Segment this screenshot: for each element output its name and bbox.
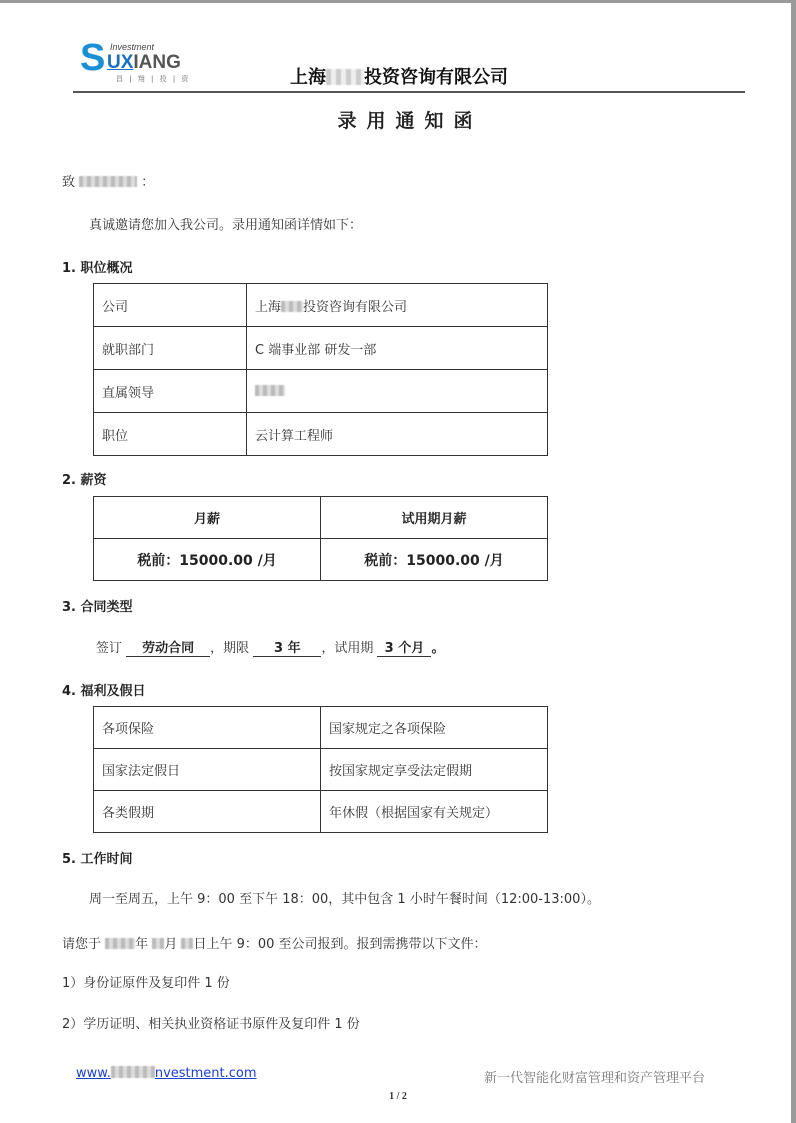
section-heading-position: 1. 职位概况 xyxy=(62,257,133,276)
table-row: 公司 上海投资咨询有限公司 xyxy=(94,284,548,327)
table-value: 按国家规定享受法定假期 xyxy=(321,749,548,791)
section-heading-contract: 3. 合同类型 xyxy=(62,596,133,615)
contract-type-field: 劳动合同 xyxy=(126,641,210,657)
position-table: 公司 上海投资咨询有限公司 就职部门 C 端事业部 研发一部 直属领导 职位 云… xyxy=(93,283,548,456)
salutation: 致 ： xyxy=(62,171,154,190)
redacted-recipient-name xyxy=(79,176,137,187)
redacted-text xyxy=(281,301,303,312)
required-doc-item: 2）学历证明、相关执业资格证书原件及复印件 1 份 xyxy=(62,1013,360,1032)
table-label: 公司 xyxy=(94,284,247,327)
table-row: 税前：15000.00 /月 税前：15000.00 /月 xyxy=(94,539,548,581)
working-hours-text: 周一至周五，上午 9：00 至下午 18：00，其中包含 1 小时午餐时间（12… xyxy=(89,888,600,907)
redacted-month xyxy=(152,938,164,949)
benefits-table: 各项保险 国家规定之各项保险 国家法定假日 按国家规定享受法定假期 各类假期 年… xyxy=(93,706,548,833)
section-heading-hours: 5. 工作时间 xyxy=(62,848,133,867)
table-row: 职位 云计算工程师 xyxy=(94,413,548,456)
viewer-scrollbar-edge[interactable] xyxy=(791,0,796,1123)
table-label: 直属领导 xyxy=(94,370,247,413)
viewer-top-edge xyxy=(0,0,796,3)
probation-salary-value: 税前：15000.00 /月 xyxy=(321,539,548,581)
redacted-supervisor-name xyxy=(255,385,285,396)
company-logo: S Investment UXIANG 昌 | 翔 | 投 | 资 xyxy=(80,38,205,86)
logo-tagline: Investment xyxy=(110,42,154,52)
redacted-day xyxy=(181,938,193,949)
table-row: 各类假期 年休假（根据国家有关规定） xyxy=(94,791,548,833)
table-row: 就职部门 C 端事业部 研发一部 xyxy=(94,327,548,370)
table-header: 月薪 xyxy=(94,497,321,539)
table-header: 试用期月薪 xyxy=(321,497,548,539)
redacted-text xyxy=(111,1066,155,1078)
website-link[interactable]: www.nvestment.com xyxy=(76,1066,257,1081)
table-value: 国家规定之各项保险 xyxy=(321,707,548,749)
table-label: 国家法定假日 xyxy=(94,749,321,791)
footer-tagline: 新一代智能化财富管理和资产管理平台 xyxy=(484,1067,705,1086)
table-value xyxy=(247,370,548,413)
redacted-text xyxy=(326,69,364,85)
intro-text: 真诚邀请您加入我公司。录用通知函详情如下： xyxy=(89,214,362,233)
logo-wordmark: UXIANG xyxy=(107,52,181,74)
table-value: 上海投资咨询有限公司 xyxy=(247,284,548,327)
logo-initial: S xyxy=(80,38,105,78)
section-heading-salary: 2. 薪资 xyxy=(62,469,107,488)
table-label: 各类假期 xyxy=(94,791,321,833)
redacted-year xyxy=(105,938,135,949)
document-title: 录用通知函 xyxy=(0,106,796,133)
monthly-salary-value: 税前：15000.00 /月 xyxy=(94,539,321,581)
required-doc-item: 1）身份证原件及复印件 1 份 xyxy=(62,972,230,991)
contract-term-field: 3 年 xyxy=(253,641,321,657)
table-value: 年休假（根据国家有关规定） xyxy=(321,791,548,833)
table-row: 国家法定假日 按国家规定享受法定假期 xyxy=(94,749,548,791)
logo-chinese-sub: 昌 | 翔 | 投 | 资 xyxy=(116,74,190,84)
salary-table: 月薪 试用期月薪 税前：15000.00 /月 税前：15000.00 /月 xyxy=(93,496,548,581)
table-row: 各项保险 国家规定之各项保险 xyxy=(94,707,548,749)
table-value: 云计算工程师 xyxy=(247,413,548,456)
table-value: C 端事业部 研发一部 xyxy=(247,327,548,370)
section-heading-benefits: 4. 福利及假日 xyxy=(62,680,146,699)
company-name: 上海投资咨询有限公司 xyxy=(290,63,508,89)
report-instruction: 请您于 年 月 日上午 9：00 至公司报到。报到需携带以下文件： xyxy=(62,933,487,952)
page-number: 1 / 2 xyxy=(0,1091,796,1102)
table-label: 就职部门 xyxy=(94,327,247,370)
table-header-row: 月薪 试用期月薪 xyxy=(94,497,548,539)
probation-field: 3 个月 xyxy=(377,641,431,657)
contract-line: 签订 劳动合同，期限 3 年，试用期 3 个月。 xyxy=(96,637,444,657)
table-label: 各项保险 xyxy=(94,707,321,749)
header-divider xyxy=(73,91,745,93)
table-row: 直属领导 xyxy=(94,370,548,413)
table-label: 职位 xyxy=(94,413,247,456)
